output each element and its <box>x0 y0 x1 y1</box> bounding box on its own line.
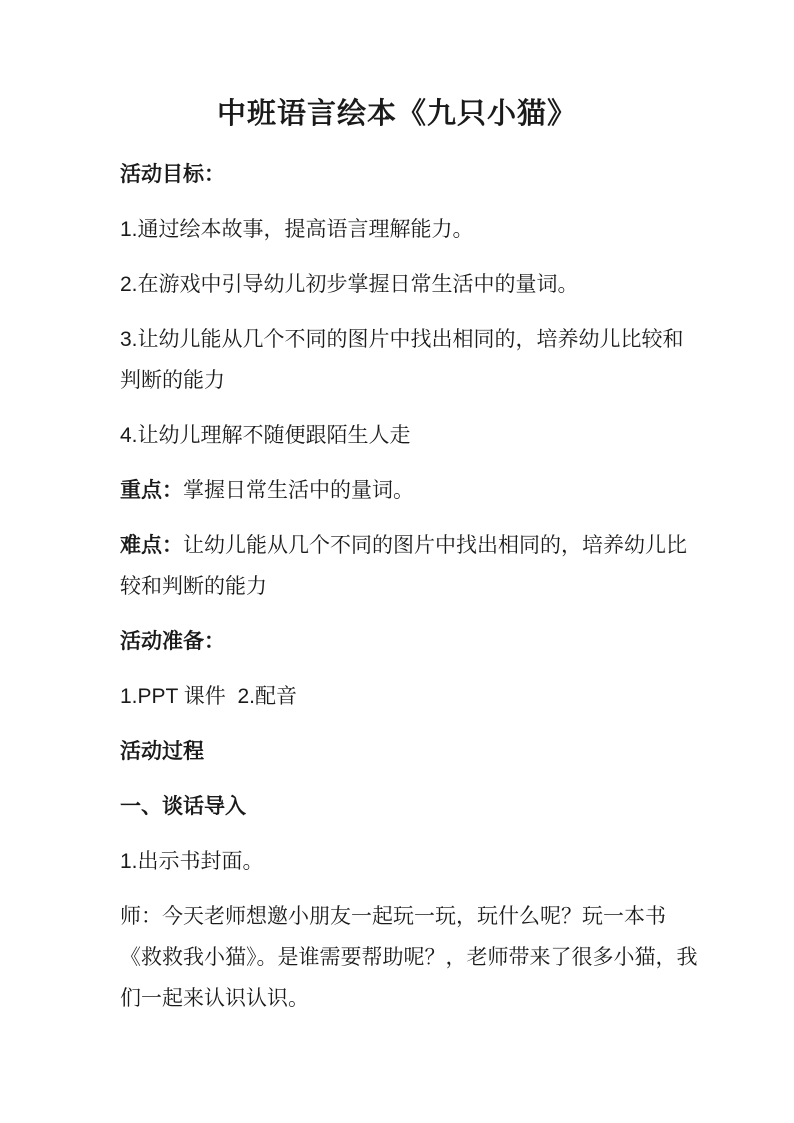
goal-item-4: 4.让幼儿理解不随便跟陌生人走 <box>120 415 706 456</box>
section-1-heading: 一、谈话导入 <box>120 786 706 827</box>
goal-item-1: 1.通过绘本故事，提高语言理解能力。 <box>120 209 706 250</box>
activity-goals-heading: 活动目标： <box>120 154 706 195</box>
document-title: 中班语言绘本《九只小猫》 <box>0 0 794 135</box>
preparation-heading: 活动准备： <box>120 621 706 662</box>
document-body: 活动目标： 1.通过绘本故事，提高语言理解能力。 2.在游戏中引导幼儿初步掌握日… <box>0 154 794 1019</box>
key-point-paragraph: 重点：掌握日常生活中的量词。 <box>120 470 706 511</box>
difficulty-label: 难点： <box>120 534 183 557</box>
goal-item-2: 2.在游戏中引导幼儿初步掌握日常生活中的量词。 <box>120 264 706 305</box>
key-point-text: 掌握日常生活中的量词。 <box>183 479 414 502</box>
preparation-items: 1.PPT 课件 2.配音 <box>120 676 706 717</box>
teacher-talk-paragraph: 师：今天老师想邀小朋友一起玩一玩，玩什么呢？玩一本书 《救救我小猫》。是谁需要帮… <box>120 896 706 1019</box>
difficulty-paragraph: 难点：让幼儿能从几个不同的图片中找出相同的，培养幼儿比 较和判断的能力 <box>120 525 706 607</box>
goal-item-3: 3.让幼儿能从几个不同的图片中找出相同的，培养幼儿比较和 判断的能力 <box>120 319 706 401</box>
document-page: 中班语言绘本《九只小猫》 活动目标： 1.通过绘本故事，提高语言理解能力。 2.… <box>0 0 794 1123</box>
key-point-label: 重点： <box>120 479 183 502</box>
process-heading: 活动过程 <box>120 731 706 772</box>
difficulty-text: 让幼儿能从几个不同的图片中找出相同的，培养幼儿比 较和判断的能力 <box>120 534 687 598</box>
section-1-step-1: 1.出示书封面。 <box>120 841 706 882</box>
